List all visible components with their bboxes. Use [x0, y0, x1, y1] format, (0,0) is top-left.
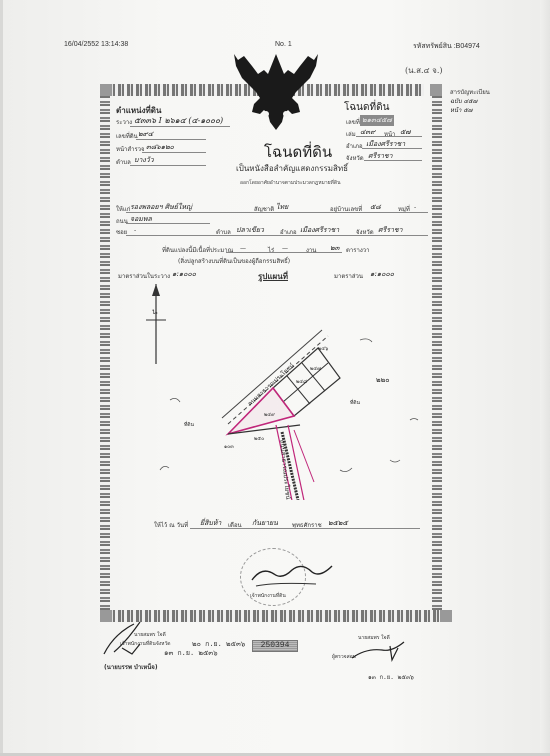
print-timestamp: 16/04/2552 13:14:38 [64, 41, 128, 48]
garuda-emblem-icon [228, 52, 324, 132]
field-underline [364, 160, 422, 161]
soi-value: - [134, 227, 136, 234]
survey-page-label: หน้าสำรวจ [116, 144, 145, 154]
footer-right-date: ๑๓ ก.ย. ๒๕๓๖ [368, 672, 414, 682]
svg-text:๒๒๐: ๒๒๐ [376, 376, 390, 384]
area-label: ที่ดินแปลงนี้มีเนื้อที่ประมาณ [162, 245, 233, 255]
moo-value: - [414, 204, 416, 211]
issue-date-label: ให้ไว้ ณ วันที่ [154, 520, 188, 530]
north-arrow-icon [146, 284, 166, 364]
field-underline [126, 212, 428, 213]
registration-number: 250394 [252, 640, 298, 652]
svg-text:๒๕๐: ๒๕๐ [254, 436, 264, 442]
svg-text:ถนนสาธารณประโยชน์: ถนนสาธารณประโยชน์ [278, 439, 292, 499]
svg-text:๒๔๙: ๒๔๙ [264, 412, 275, 418]
parcel-label: เลขที่ดิน [116, 131, 138, 141]
field-underline [142, 152, 206, 153]
subdistrict-label: ตำบล [116, 157, 131, 167]
side-note: หน้า ๕๗ [450, 105, 472, 115]
deed-legal-note: ออกโดยอาศัยอำนาจตามประมวลกฎหมายที่ดิน [240, 179, 341, 187]
deed-number-value: ๒๑๓๔๕๗ [360, 115, 394, 126]
footer-left-official: นายสมพร ใจดี [134, 631, 166, 639]
footer-left-date-2: ๑๓ ก.ย. ๒๕๓๖ [164, 648, 218, 659]
right-block-heading: โฉนดที่ดิน [344, 100, 389, 115]
field-underline [130, 165, 206, 166]
scale-left-value: ๑:๑๐๐๐ [172, 269, 196, 280]
border-corner [100, 84, 112, 96]
area-ngan-unit: งาน [306, 245, 316, 255]
field-underline [356, 136, 422, 137]
parcel-map: น ถนนสาธารณประโยชน์ ถนนสาธารณประโยชน์ ๒๔… [130, 280, 430, 500]
page-edge-left [0, 0, 3, 756]
field-underline [190, 528, 420, 529]
page-edge-right [540, 0, 550, 756]
page-number: No. 1 [275, 41, 292, 48]
footer-left-signer: (นายบรรพ บำเหน็จ) [104, 662, 158, 672]
seal-caption: เจ้าพนักงานที่ดิน [250, 592, 286, 600]
deed-title: โฉนดที่ดิน [264, 140, 332, 164]
area-note: (สิ่งปลูกสร้างบนที่ดินเป็นของผู้ถือกรรมส… [178, 256, 290, 266]
area-ngan: — [282, 245, 288, 252]
area-rai-unit: ไร่ [268, 245, 274, 255]
deed-border-left [100, 96, 110, 610]
svg-text:น: น [152, 307, 158, 316]
page-label: หน้า [384, 129, 395, 139]
field-underline [130, 126, 230, 127]
asset-code: รหัสทรัพย์สิน :B04974 [413, 41, 480, 52]
svg-text:๒๔๖: ๒๔๖ [318, 346, 328, 352]
svg-text:ที่ดิน: ที่ดิน [184, 421, 195, 428]
signature-icon [350, 640, 420, 664]
border-corner [430, 84, 442, 96]
area-rai: — [240, 245, 246, 252]
scale-right-value: ๑:๑๐๐๐ [370, 269, 394, 280]
form-code: (น.ส.๔ จ.) [405, 64, 443, 77]
province-label: จังหวัด [346, 153, 364, 163]
deed-border-right [432, 96, 442, 610]
signature-icon [248, 562, 338, 592]
book-label: เล่ม [346, 129, 356, 139]
svg-text:๒๔๘: ๒๔๘ [296, 379, 307, 385]
svg-text:๒๔๗: ๒๔๗ [310, 366, 321, 372]
district-label: อำเภอ [346, 141, 363, 151]
border-corner [440, 610, 452, 622]
deed-subtitle: เป็นหนังสือสำคัญแสดงกรรมสิทธิ์ [236, 162, 348, 175]
area-wa-unit: ตารางวา [346, 245, 370, 255]
svg-text:๑๐๓: ๑๐๓ [224, 444, 234, 450]
field-underline [226, 252, 342, 253]
field-underline [136, 139, 206, 140]
road-label: ถนน [116, 216, 128, 226]
deed-number-label: เลขที่ [346, 117, 360, 127]
svg-text:ที่ดิน: ที่ดิน [350, 399, 361, 406]
field-underline [126, 235, 428, 236]
footer-left-title: เจ้าพนักงานที่ดินจังหวัด [120, 640, 171, 648]
field-underline [126, 223, 210, 224]
field-underline [362, 148, 422, 149]
